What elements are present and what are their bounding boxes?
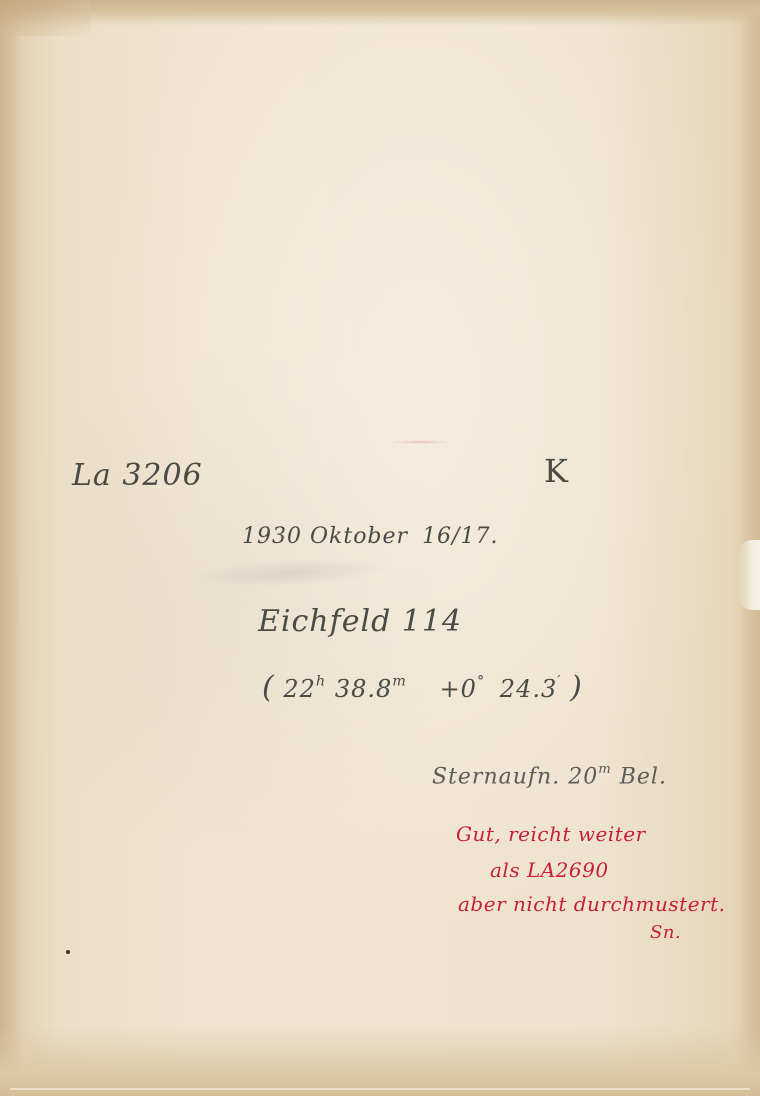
plate-id: La 3206 [72,458,203,493]
exposure-suffix: Bel. [620,765,667,790]
envelope-bottom-edge [0,1026,760,1096]
red-note-signature: Sn. [650,922,681,943]
coord-close-paren: ) [570,670,583,705]
red-smudge [390,440,450,444]
dec-arcmin: 24.3 [500,675,557,703]
pencil-smudge [189,555,390,591]
observation-night: 16/17. [422,524,498,549]
ra-hours-unit: h [316,673,326,689]
dec-degrees-unit: ° [477,673,485,689]
observation-date-line: 1930 Oktober 16/17. [242,524,498,549]
ra-minutes-unit: m [392,673,407,689]
exposure-unit: m [598,762,612,777]
envelope-top-edge [0,0,760,26]
red-note-line-1: Gut, reicht weiter [456,822,646,846]
dec-degrees: +0 [440,675,477,703]
red-note-line-2: als LA2690 [490,858,609,882]
dec-arcmin-unit: ′ [557,673,561,689]
envelope-thumb-cutout [738,540,760,610]
ink-dot [66,950,70,954]
coord-open-paren: ( [262,670,275,705]
field-coordinates: ( 22h 38.8m +0° 24.3′ ) [262,670,583,705]
observation-date: 1930 Oktober [242,524,408,549]
envelope-left-edge [0,0,22,1096]
envelope-bottom-crease [10,1088,750,1090]
red-note-line-3: aber nicht durchmustert. [458,892,726,916]
ra-minutes: 38.8 [335,675,392,703]
ra-hours: 22 [283,675,316,703]
plate-envelope: La 3206 K 1930 Oktober 16/17. Eichfeld 1… [0,0,760,1096]
envelope-top-fold [0,0,90,36]
exposure-text: Sternaufn. 20 [432,765,598,790]
classification-mark: K [544,452,569,490]
exposure-note: Sternaufn. 20m Bel. [432,762,667,790]
field-name: Eichfeld 114 [258,604,462,639]
